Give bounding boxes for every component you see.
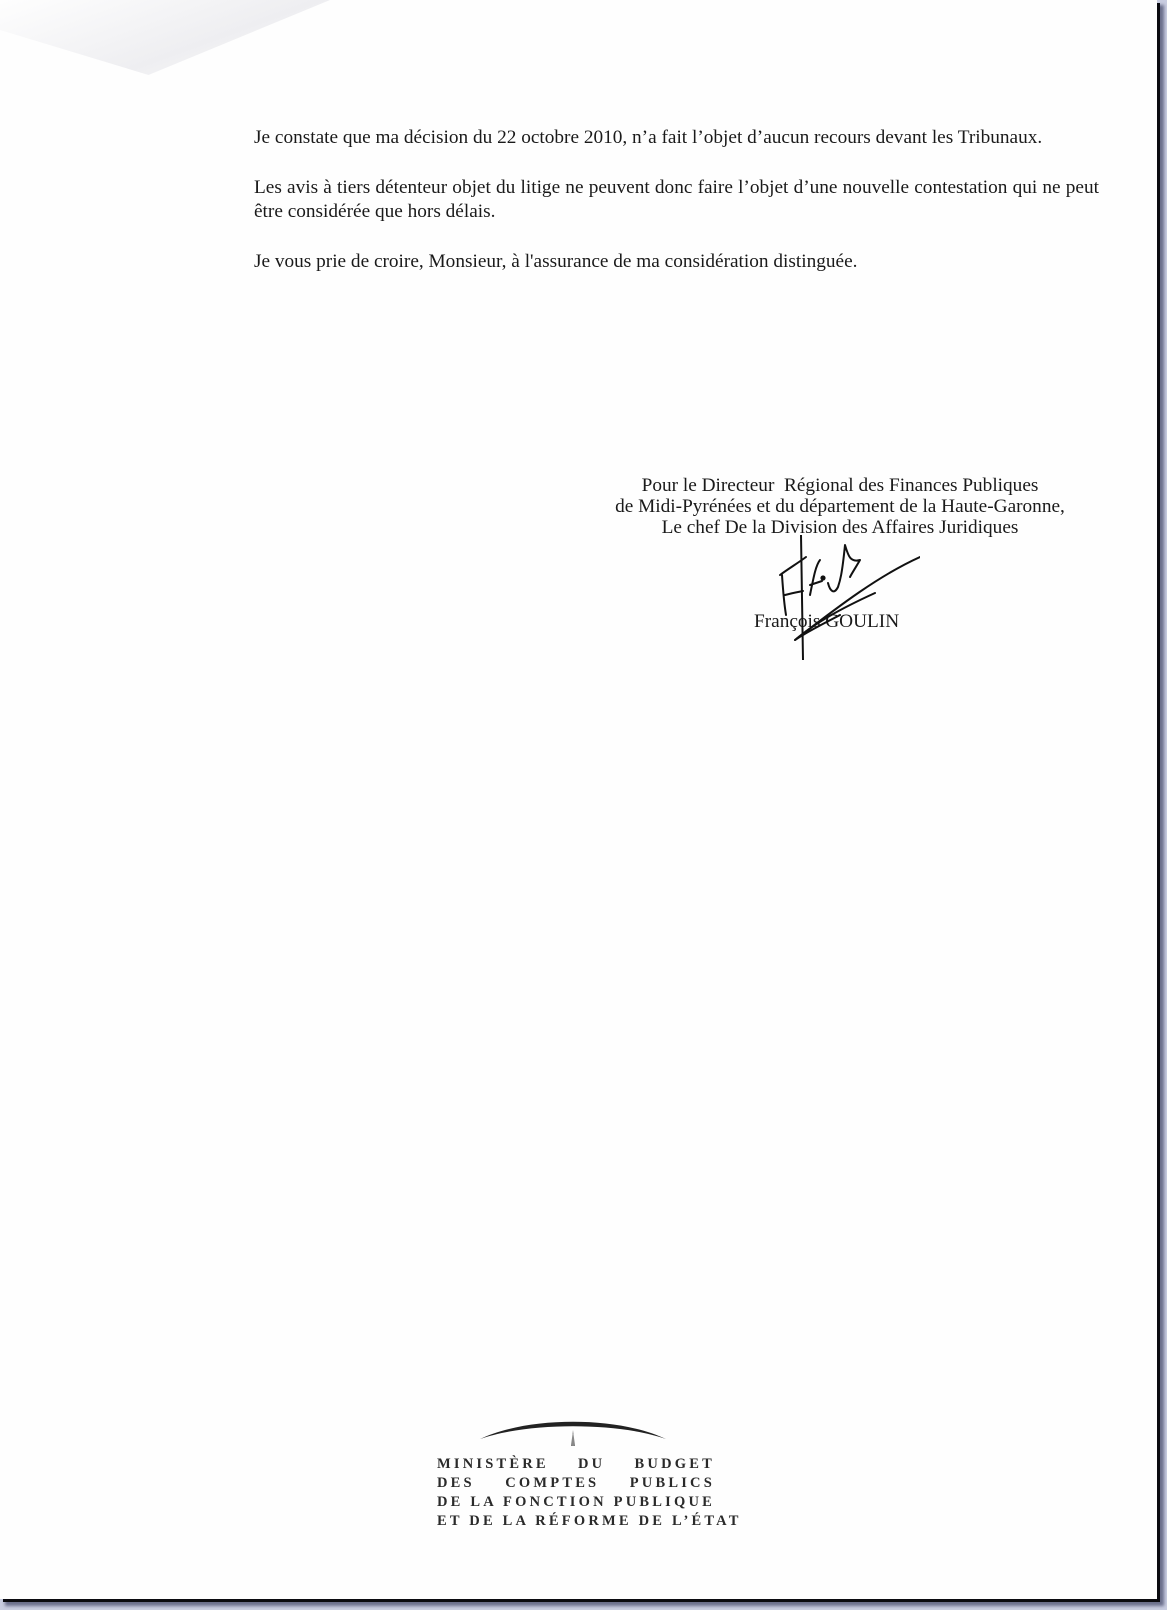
folded-corner-shadow — [0, 0, 330, 75]
signature-block: Pour le Directeur Régional des Finances … — [570, 475, 1110, 538]
signatory-title-line-1: Pour le Directeur Régional des Finances … — [570, 475, 1110, 496]
letter-body: Je constate que ma décision du 22 octobr… — [254, 126, 1099, 300]
ministry-arc-logo-icon — [478, 1412, 668, 1452]
paragraph-closing: Je vous prie de croire, Monsieur, à l'as… — [254, 250, 1099, 274]
ministry-name: MINISTÈRE DU BUDGET DES COMPTES PUBLICS … — [437, 1455, 715, 1531]
ministry-line-2: DES COMPTES PUBLICS — [437, 1474, 715, 1493]
paragraph-contestation: Les avis à tiers détenteur objet du liti… — [254, 176, 1099, 224]
ministry-line-3: DE LA FONCTION PUBLIQUE — [437, 1493, 715, 1512]
ministry-line-1: MINISTÈRE DU BUDGET — [437, 1455, 715, 1474]
signatory-title-line-2: de Midi-Pyrénées et du département de la… — [570, 496, 1110, 517]
letter-page: Je constate que ma décision du 22 octobr… — [0, 0, 1157, 1599]
handwritten-signature-icon — [770, 535, 920, 660]
ministry-line-4: ET DE LA RÉFORME DE L’ÉTAT — [437, 1512, 715, 1531]
paragraph-decision: Je constate que ma décision du 22 octobr… — [254, 126, 1099, 150]
